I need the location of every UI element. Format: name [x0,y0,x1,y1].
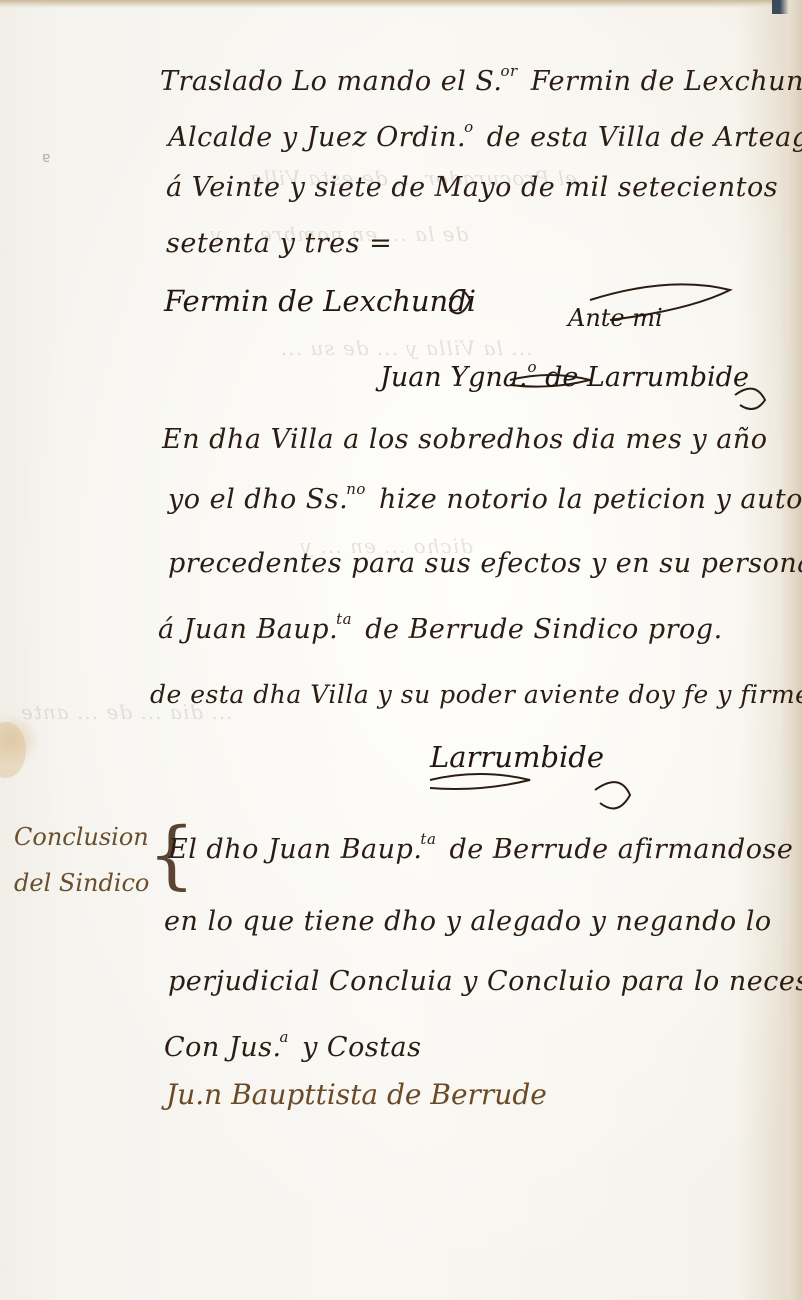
manuscript-line: En dha Villa a los sobredhos dia mes y a… [162,424,768,455]
signature-juan-bautista-de-berrude: Ju.n Baupttista de Berrude [166,1078,547,1111]
manuscript-line: de esta dha Villa y su poder aviente doy… [150,680,802,709]
margin-note: Conclusion del Sindico [14,814,149,906]
manuscript-line: setenta y tres = [166,228,392,259]
manuscript-line: en lo que tiene dho y alegado y negando … [164,906,772,937]
manuscript-line: El dho Juan Baup.ta de Berrude afirmando… [168,830,793,865]
manuscript-line: á Juan Baup.ta de Berrude Sindico prog. [158,610,723,645]
manuscript-line: precedentes para sus efectos y en su per… [168,548,802,579]
signature-larrumbide: Larrumbide [430,740,604,774]
signature-juan-ygnacio-de-larrumbide: Juan Ygna.o de Larrumbide [380,358,749,393]
manuscript-line: perjudicial Concluia y Concluio para lo … [168,966,802,997]
manuscript-line: Alcalde y Juez Ordin.o de esta Villa de … [168,118,802,153]
manuscript-line: yo el dho Ss.no hize notorio la peticion… [168,480,802,515]
page-top-edge [0,0,802,8]
signature-fermin-de-lexchundi: Fermin de Lexchundi [164,284,476,318]
manuscript-line: Traslado Lo mando el S.or Fermin de Lexc… [160,62,802,97]
water-stain [0,722,26,778]
ante-mi-label: Ante mi [568,304,663,332]
manuscript-page: ɐ el Procurador ... de esta Villa de la … [0,0,802,1300]
pencil-mark: ɐ [42,150,50,166]
manuscript-line: Con Jus.a y Costas [164,1028,422,1063]
page-binding-fold [780,0,802,1300]
manuscript-line: á Veinte y siete de Mayo de mil setecien… [166,172,778,203]
bleed-through-text: ... la Villa y ... de su ... [280,336,532,360]
